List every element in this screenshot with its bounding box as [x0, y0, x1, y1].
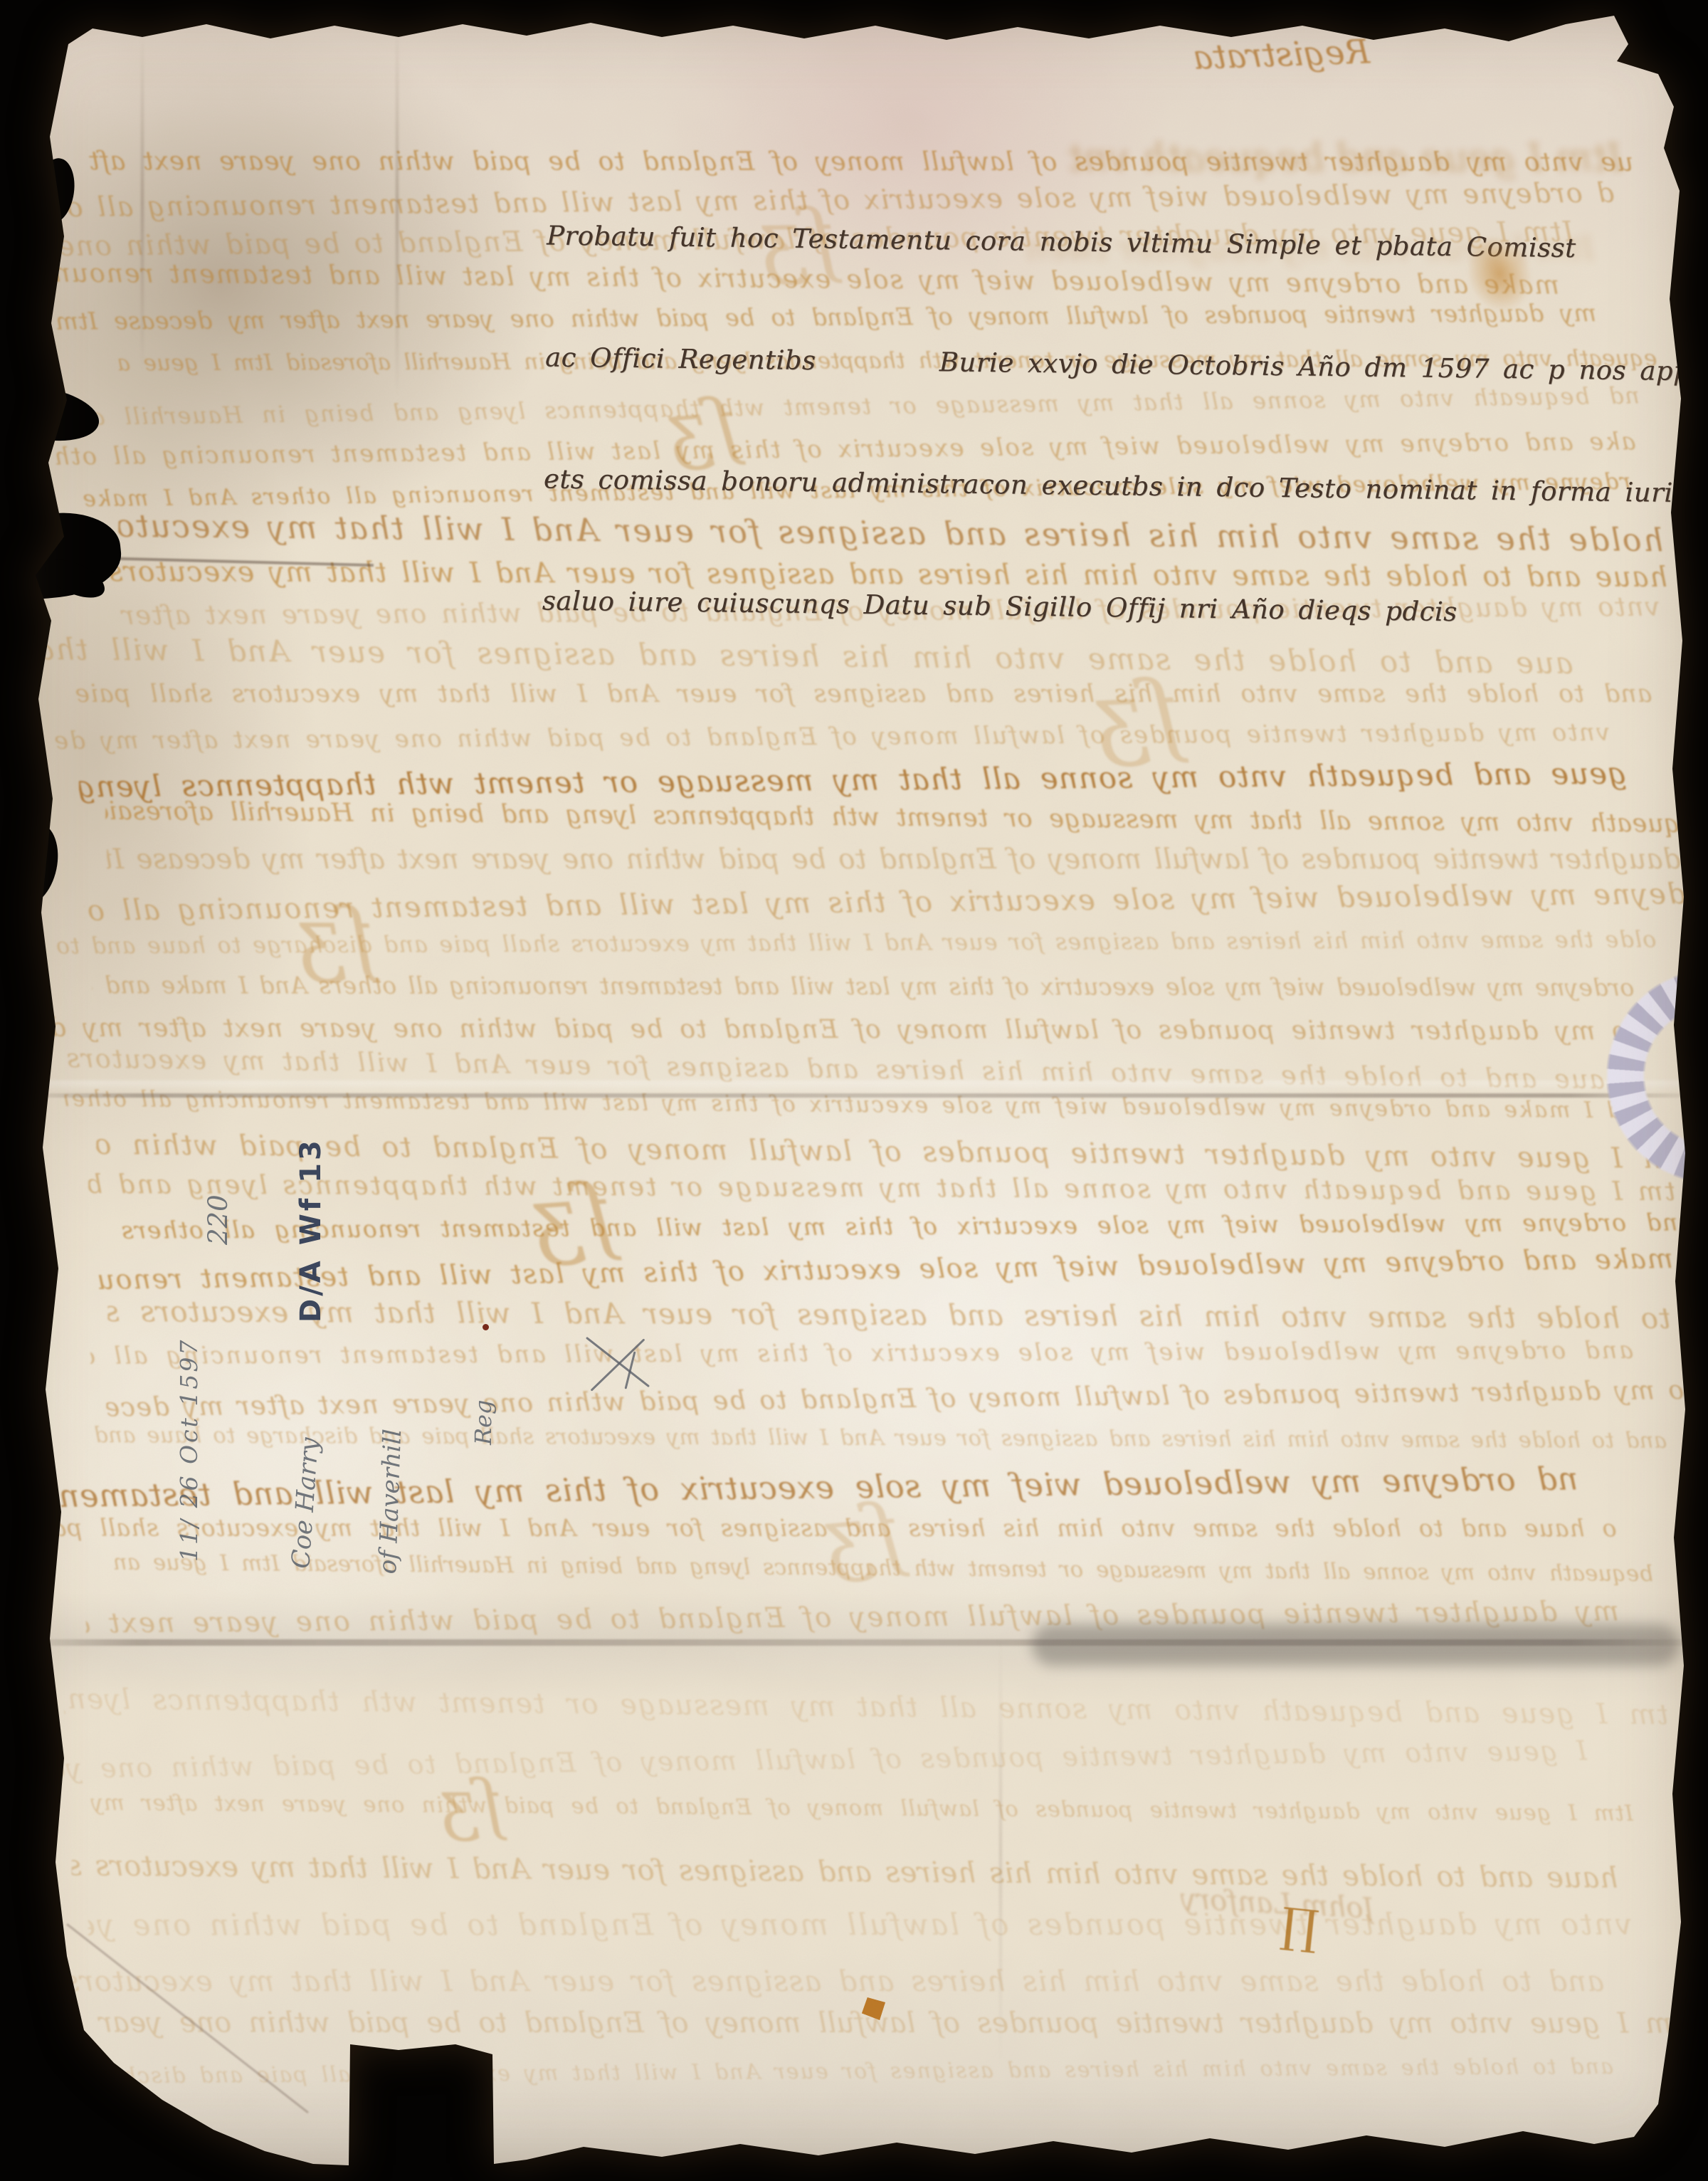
ghost-text-row: haue and to holde the same vnto him his … — [48, 1043, 1623, 1095]
ghost-text-row: o my daughter twentie poundes of lawfull… — [41, 1012, 1628, 1046]
ghost-text-row: tm I geue and bequeath vnto my sonne all… — [64, 1683, 1669, 1731]
probate-line-4: saluo iure cuiuscunqs Datu sub Sigillo O… — [542, 580, 1660, 634]
photo-backdrop: ue vnto my daughter twentie poundes of l… — [0, 0, 1708, 2181]
ghost-text-row: make and ordeyne my welbeloued wief my s… — [96, 1244, 1673, 1296]
ghost-text-row: equeath vnto my sonne all that my messua… — [115, 346, 1657, 377]
ghost-text-row: haue and to holde the same vnto him his … — [72, 1849, 1618, 1894]
ghost-text-row: olde the same vnto him his heires and as… — [54, 925, 1656, 959]
will-document-dorse: ue vnto my daughter twentie poundes of l… — [0, 0, 1708, 2181]
ghost-flourish: ſʒ — [530, 1165, 616, 1268]
probate-endorsement: Probatu fuit hoc Testamentu cora nobis v… — [541, 134, 1665, 715]
crack-line — [39, 555, 374, 567]
ghost-text-row: deyne my welbeloued wief my sole executr… — [84, 878, 1686, 927]
ghost-text-row: vnto my daughter twentie poundes of lawf… — [53, 718, 1609, 755]
ghost-text-row: and to holde the same vnto him his heire… — [63, 680, 1652, 708]
ghost-text-row: y daughter twentie poundes of lawfull mo… — [107, 843, 1708, 875]
edge-tear-4 — [0, 1737, 40, 1784]
pencil-place-annotation: of Haverhill — [374, 1429, 407, 1575]
wax-flake — [860, 1997, 885, 2020]
pencil-name-annotation: Coe Harry — [287, 1436, 325, 1570]
ink-stain — [1457, 227, 1542, 321]
ghost-text-row: Itm I geue vnto my daughter twentie poun… — [27, 215, 1573, 263]
ghost-flourish: ſʒ — [441, 1765, 503, 1842]
ghost-flourish: ſʒ — [1094, 660, 1184, 769]
edge-vignette — [0, 0, 1708, 2181]
ghost-text-row: ake and ordeyne my welbeloued wief my so… — [55, 427, 1636, 470]
ghost-text-row: vnto my daughter twentie poundes of lawf… — [88, 1907, 1632, 1943]
probate-line-3: ets comissa bonoru administracon executb… — [544, 458, 1662, 513]
ghost-text-row: Itm I geue vnto my daughter twentie poun… — [79, 1791, 1633, 1827]
fold-crease-2 — [0, 1639, 1708, 1646]
fold-highlight-1 — [0, 1081, 1708, 1092]
red-speck — [483, 1324, 489, 1330]
fold-crease-2-dark-smear — [1032, 1624, 1680, 1666]
pencil-number-annotation: 220 — [203, 1194, 233, 1245]
ghost-text-row: and ordeyne my welbeloued wief my sole e… — [90, 1336, 1633, 1370]
ghost-flourish: ſʒ — [299, 890, 376, 986]
edge-tear-2 — [0, 507, 125, 605]
pencil-date-annotation: 11/ 26 Oct 1597 — [175, 1338, 203, 1562]
ghost-text-row: e and ordeyne my welbeloued wief my sole… — [115, 1208, 1708, 1244]
probate-line-2: ac Offici Regentibs Burie xxvjo die Octo… — [545, 337, 1663, 391]
paper-wrapper: ue vnto my daughter twentie poundes of l… — [0, 0, 1708, 2181]
ghost-text-row: my daughter twentie poundes of lawfull m… — [41, 299, 1596, 335]
edge-tear-3 — [0, 818, 65, 910]
ghost-text-row: nd ordeyne my welbeloued wief my sole ex… — [24, 1461, 1578, 1515]
ghost-signature: Johm Lanfory — [1075, 1877, 1376, 1925]
ghost-text-row: bequeath vnto my sonne all that my messu… — [112, 1550, 1652, 1587]
ghost-text-row: vnto my daughter twentie poundes of lawf… — [112, 591, 1660, 631]
archive-reference-stamp: D/A Wf 13 — [295, 1137, 327, 1323]
ghost-text-row: to holde the same vnto him his heires an… — [107, 1294, 1671, 1335]
paper-grain-texture — [0, 0, 1708, 2181]
ghost-text-row: and to holde the same vnto him his heire… — [93, 1423, 1667, 1454]
ghost-text-row: bequeath vnto my sonne all that my messu… — [105, 797, 1708, 839]
seal-ring — [1606, 968, 1708, 1184]
ink-blot-pi-mark: ∏ — [1278, 1897, 1321, 1955]
ghost-heading-band-2: Itm I geue vnto my daughter twentie poun… — [1025, 229, 1594, 268]
paper-chain-line — [999, 1637, 1002, 2064]
ghost-text-row: haue and to holde the same vnto him his … — [110, 555, 1667, 594]
ghost-text-row: ue vnto my daughter twentie poundes of l… — [88, 145, 1633, 177]
edge-tear-1 — [0, 379, 103, 449]
fold-crease-1 — [0, 1093, 1708, 1098]
ghost-text-row: geue and bequeath vnto my sonne all that… — [79, 755, 1627, 804]
vertical-crease-2 — [141, 36, 144, 370]
ghost-text-row: nto my daughter twentie poundes of lawfu… — [105, 1374, 1708, 1422]
corner-crease — [66, 1923, 309, 2113]
ghost-text-row: tm I geue vnto my daughter twentie pound… — [97, 2007, 1684, 2040]
ghost-text-row: tm I geue and bequeath vnto my sonne all… — [88, 1169, 1675, 1207]
ghost-text-row: holde the same vnto him his heires and a… — [118, 508, 1664, 559]
ghost-flourish: ſʒ — [761, 191, 838, 286]
ghost-text-row: my daughter twentie poundes of lawfull m… — [86, 1596, 1619, 1640]
ghost-text-row: nd bequeath vnto my sonne all that my me… — [49, 382, 1640, 431]
registrata-ghost-mark: Registrata — [1099, 32, 1371, 80]
edge-tear-5 — [33, 156, 78, 226]
ghost-text-row: and to holde the same vnto him his heire… — [23, 2054, 1613, 2089]
ghost-flourish: ſʒ — [821, 1485, 905, 1586]
pencil-register-annotation: Reg — [470, 1399, 497, 1445]
ghost-text-row: I geue vnto my daughter twentie poundes … — [46, 1735, 1588, 1785]
vertical-crease-1 — [396, 25, 399, 395]
ghost-text-row: o haue and to holde the same vnto him hi… — [46, 1514, 1617, 1543]
ghost-text-row: and to holde the same vnto him his heire… — [71, 1965, 1604, 1998]
ghost-text-row: nd I make and ordeyne my welbeloued wief… — [64, 1086, 1637, 1124]
ghost-text-row: make and ordeyne my welbeloued wief my s… — [25, 258, 1559, 300]
ghost-text-row: rdeyne my welbeloued wief my sole execut… — [75, 469, 1631, 513]
bleedthrough-text-layer: ue vnto my daughter twentie poundes of l… — [0, 0, 1708, 2181]
ghost-flourish: ſʒ — [665, 382, 742, 473]
ghost-text-row: d ordeyne my welbeloued wief my sole exe… — [41, 178, 1613, 224]
ghost-heading-band: Itm I geue and bequeath vnto my sonne al… — [1067, 135, 1623, 180]
ghost-text-row: aue and to holde the same vnto him his h… — [24, 631, 1573, 680]
edge-tear-2b — [39, 552, 110, 606]
ghost-text-row: tm I geue vnto my daughter twentie pound… — [96, 1128, 1683, 1174]
ghost-text-row: ordeyne my welbeloued wief my sole execu… — [92, 971, 1634, 1002]
probate-line-1: Probatu fuit hoc Testamentu cora nobis v… — [547, 215, 1665, 269]
